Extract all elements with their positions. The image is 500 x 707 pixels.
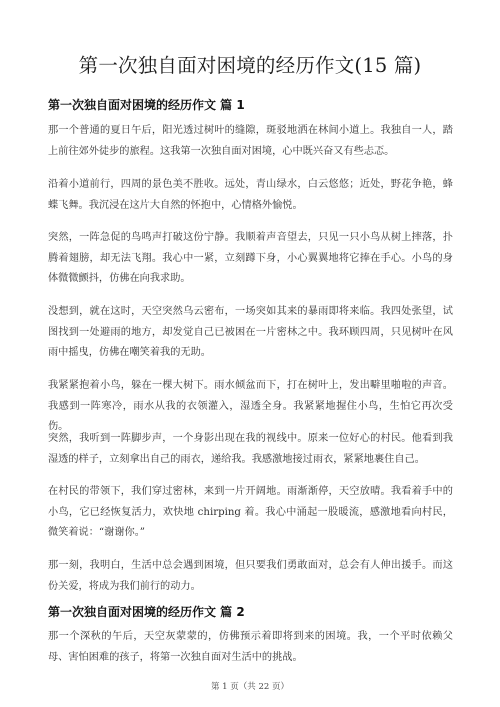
paragraph: 那一个深秋的午后，天空灰蒙蒙的，仿佛预示着即将到来的困境。我，一个平时依赖父母、… (48, 627, 453, 668)
section-heading-2: 第一次独自面对困境的经历作文 篇 2 (48, 603, 245, 620)
paragraph: 突然，我听到一阵脚步声，一个身影出现在我的视线中。原来一位好心的村民。他看到我湿… (48, 429, 453, 470)
document-title: 第一次独自面对困境的经历作文(15 篇) (0, 50, 500, 78)
section-heading-1: 第一次独自面对困境的经历作文 篇 1 (48, 96, 245, 113)
paragraph: 那一刻，我明白，生活中总会遇到困境，但只要我们勇敢面对，总会有人伸出援手。而这份… (48, 556, 453, 597)
paragraph: 那一个普通的夏日午后，阳光透过树叶的缝隙，斑驳地洒在林间小道上。我独自一人，踏上… (48, 121, 453, 162)
paragraph: 沿着小道前行，四周的景色美不胜收。远处，青山绿水，白云悠悠；近处，野花争艳，蜂蝶… (48, 175, 453, 216)
document-page: 第一次独自面对困境的经历作文(15 篇) 第一次独自面对困境的经历作文 篇 1 … (0, 0, 500, 707)
paragraph: 在村民的带领下，我们穿过密林，来到一片开阔地。雨渐渐停，天空放晴。我看着手中的小… (48, 482, 453, 544)
page-number: 第 1 页（共 22 页） (0, 680, 500, 692)
paragraph: 没想到，就在这时，天空突然乌云密布，一场突如其来的暴雨即将来临。我四处张望，试图… (48, 302, 453, 364)
paragraph: 突然，一阵急促的鸟鸣声打破这份宁静。我顺着声音望去，只见一只小鸟从树上摔落，扑腾… (48, 228, 453, 290)
